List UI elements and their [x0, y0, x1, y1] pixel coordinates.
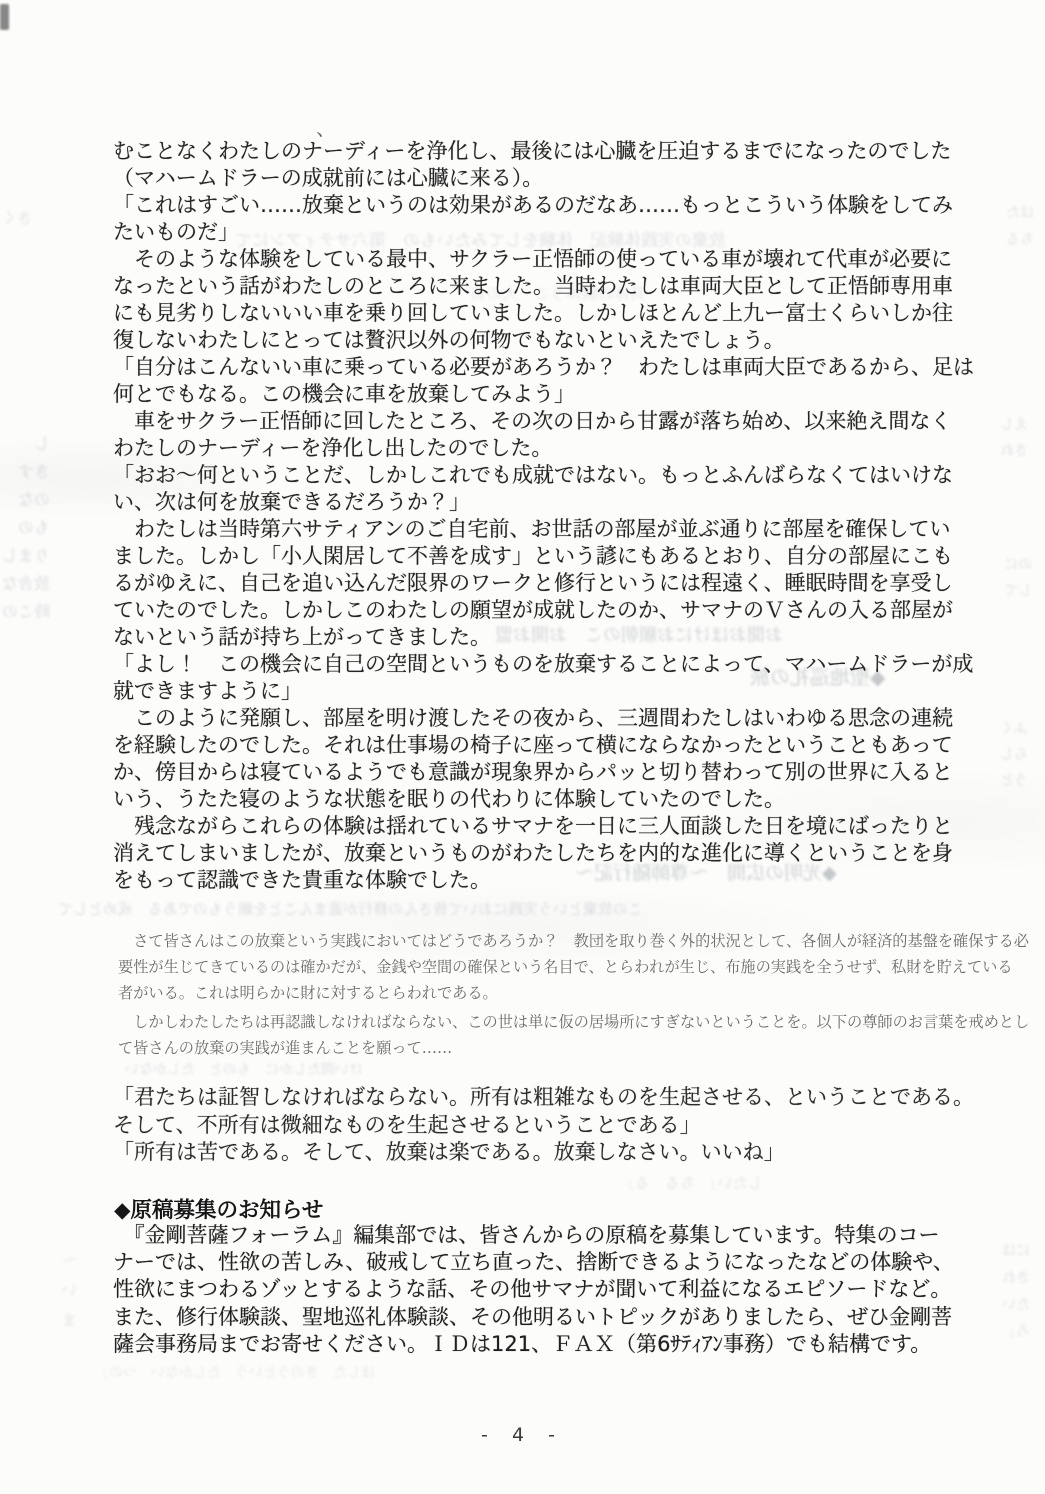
- bleed-through-fragment: はた ちる: [1006, 200, 1034, 254]
- text-line: そのような体験をしている最中、サクラー正悟師の使っている車が壊れて代車が必要に: [113, 246, 974, 273]
- main-narrative-text: むことなくわたしのナーディーを浄化し、最後には心臓を圧迫するまでになったのでした…: [113, 138, 974, 894]
- text-line: 「よし！ この機会に自己の空間というものを放棄することによって、マハームドラーが…: [113, 651, 974, 678]
- text-line: また、修行体験談、聖地巡礼体験談、その他明るいトピックがありましたら、ぜひ金剛菩: [113, 1304, 954, 1331]
- text-line: いう、うたた寝のような状態を眠りの代わりに体験していたのでした。: [113, 786, 974, 813]
- text-line: 就できますように」: [113, 678, 974, 705]
- page-number: - 4 -: [0, 1424, 1045, 1446]
- text-line: 「君たちは証智しなければならない。所有は粗雑なものを生起させる、ということである…: [113, 1084, 974, 1112]
- bleed-through-text: この放棄という実践において皆さんの修行が進まんことを願うものである 戒めとして: [58, 896, 643, 923]
- bleed-through-text: ほした きのうという たしかない つの」: [95, 1360, 375, 1387]
- editors-note-paragraph-2: しかしわたしたちは再認識しなければならない、この世は単に仮の居場所にすぎないとい…: [118, 1009, 1029, 1061]
- text-line: 「自分はこんないい車に乗っている必要があろうか？ わたしは車両大臣であるから、足…: [113, 354, 974, 381]
- text-line: なったという話がわたしのところに来ました。当時わたしは車両大臣として正悟師専用車: [113, 273, 974, 300]
- text-line: 性欲にまつわるゾッとするような話、その他サマナが聞いて利益になるエピソードなど。: [113, 1276, 954, 1303]
- text-line: わたしのナーディーを浄化し出したのでした。: [113, 435, 974, 462]
- bleed-through-fragment: さく: [2, 205, 32, 232]
- text-line: 『金剛菩薩フォーラム』編集部では、皆さんからの原稿を募集しています。特集のコー: [113, 1222, 954, 1249]
- announcement-heading: ◆原稿募集のお知らせ: [114, 1193, 323, 1224]
- guru-quote-block: 「君たちは証智しなければならない。所有は粗雑なものを生起させる、ということである…: [113, 1084, 974, 1167]
- text-line: 薩会事務局までお寄せください。ＩＤは121、ＦＡＸ（第6ｻﾃｨｱﾝ事務）でも結構…: [113, 1331, 954, 1358]
- bleed-through-fragment: ふく らし うと: [1000, 716, 1028, 794]
- text-line: 残念ながらこれらの体験は揺れているサマナを一日に三人面談した日を境にばったりと: [113, 813, 974, 840]
- text-line: しかしわたしたちは再認識しなければならない、この世は単に仮の居場所にすぎないとい…: [118, 1009, 1029, 1035]
- text-line: い、次は何を放棄できるだろうか？」: [113, 489, 974, 516]
- text-line: ナーでは、性欲の苦しみ、破戒して立ち直った、捨断できるようになったなどの体験や、: [113, 1249, 954, 1276]
- text-line: 「おお～何ということだ、しかしこれでも成就ではない。もっとふんばらなくてはいけな: [113, 462, 974, 489]
- text-line: か、傍目からは寝ているようでも意識が現象界からパッと切り替わって別の世界に入ると: [113, 759, 974, 786]
- text-line: 「これはすごい……放棄というのは効果があるのだなあ……もっとこういう体験をしてみ: [113, 192, 974, 219]
- text-line: を経験したのでした。それは仕事場の椅子に座って横にならなかったということもあって: [113, 732, 974, 759]
- bleed-through-fragment: えし され: [1000, 412, 1028, 464]
- bleed-through-fragment: には され たい ろ」: [1002, 1238, 1030, 1346]
- text-line: にも見劣りしないいい車を乗り回していました。しかしほとんど上九ー富士くらいしか往: [113, 300, 974, 327]
- text-line: 要性が生じてきているのは確かだが、金銭や空間の確保という名目で、とらわれが生じ、…: [118, 954, 1029, 980]
- text-line: ました。しかし「小人閑居して不善を成す」という諺にもあるとおり、自分の部屋にこも: [113, 543, 974, 570]
- text-line: たいものだ」: [113, 219, 974, 246]
- text-line: さて皆さんはこの放棄という実践においてはどうであろうか？ 教団を取り巻く外的状況…: [118, 928, 1029, 954]
- text-line: このように発願し、部屋を明け渡したその夜から、三週間わたしはいわゆる思念の連続: [113, 705, 974, 732]
- text-line: 車をサクラー正悟師に回したところ、その次の日から甘露が落ち始め、以来絶え間なく: [113, 408, 974, 435]
- bleed-through-fragment: し きす のな もの りまし 放舎な 時この: [2, 430, 50, 626]
- bleed-through-fragment: のに して: [1004, 552, 1032, 604]
- stray-comma-mark: 、: [316, 112, 336, 141]
- text-line: わたしは当時第六サティアンのご自宅前、お世話の部屋が並ぶ通りに部屋を確保してい: [113, 516, 974, 543]
- text-line: そして、不所有は微細なものを生起させるということである」: [113, 1112, 974, 1140]
- announcement-body: 『金剛菩薩フォーラム』編集部では、皆さんからの原稿を募集しています。特集のコーナ…: [113, 1222, 954, 1358]
- scan-artifact-mark: [0, 4, 9, 30]
- bleed-through-fragment: 〜 い ま: [62, 1245, 77, 1335]
- text-line: 者がいる。これは明らかに財に対するとらわれである。: [118, 980, 1029, 1006]
- editors-note-paragraph-1: さて皆さんはこの放棄という実践においてはどうであろうか？ 教団を取り巻く外的状況…: [118, 928, 1029, 1006]
- text-line: をもって認識できた貴重な体験でした。: [113, 867, 974, 894]
- bleed-through-text: けい間たしかに ものと たしかない: [125, 1057, 363, 1084]
- text-line: むことなくわたしのナーディーを浄化し、最後には心臓を圧迫するまでになったのでした: [113, 138, 974, 165]
- text-line: （マハームドラーの成就前には心臓に来る）。: [113, 165, 974, 192]
- text-line: ないという話が持ち上がってきました。: [113, 624, 974, 651]
- text-line: るがゆえに、自己を追い込んだ限界のワークと修行というには程遠く、睡眠時間を享受し: [113, 570, 974, 597]
- text-line: 「所有は苦である。そして、放棄は楽である。放棄しなさい。いいね」: [113, 1139, 974, 1167]
- text-line: 何とでもなる。この機会に車を放棄してみよう」: [113, 381, 974, 408]
- text-line: 復しないわたしにとっては贅沢以外の何物でもないといえたでしょう。: [113, 327, 974, 354]
- bleed-through-text: したい」 ちる る」: [620, 1170, 763, 1197]
- text-line: 消えてしまいましたが、放棄というものがわたしたちを内的な進化に導くということを身: [113, 840, 974, 867]
- text-line: て皆さんの放棄の実践が進まんことを願って……: [118, 1035, 1029, 1061]
- text-line: ていたのでした。しかしこのわたしの願望が成就したのか、サマナのＶさんの入る部屋が: [113, 597, 974, 624]
- scanned-document-page: 、 放棄の実践体験記 体験をしてみたいもの 第六サティアンにて 具体の験体うこ …: [0, 0, 1045, 1494]
